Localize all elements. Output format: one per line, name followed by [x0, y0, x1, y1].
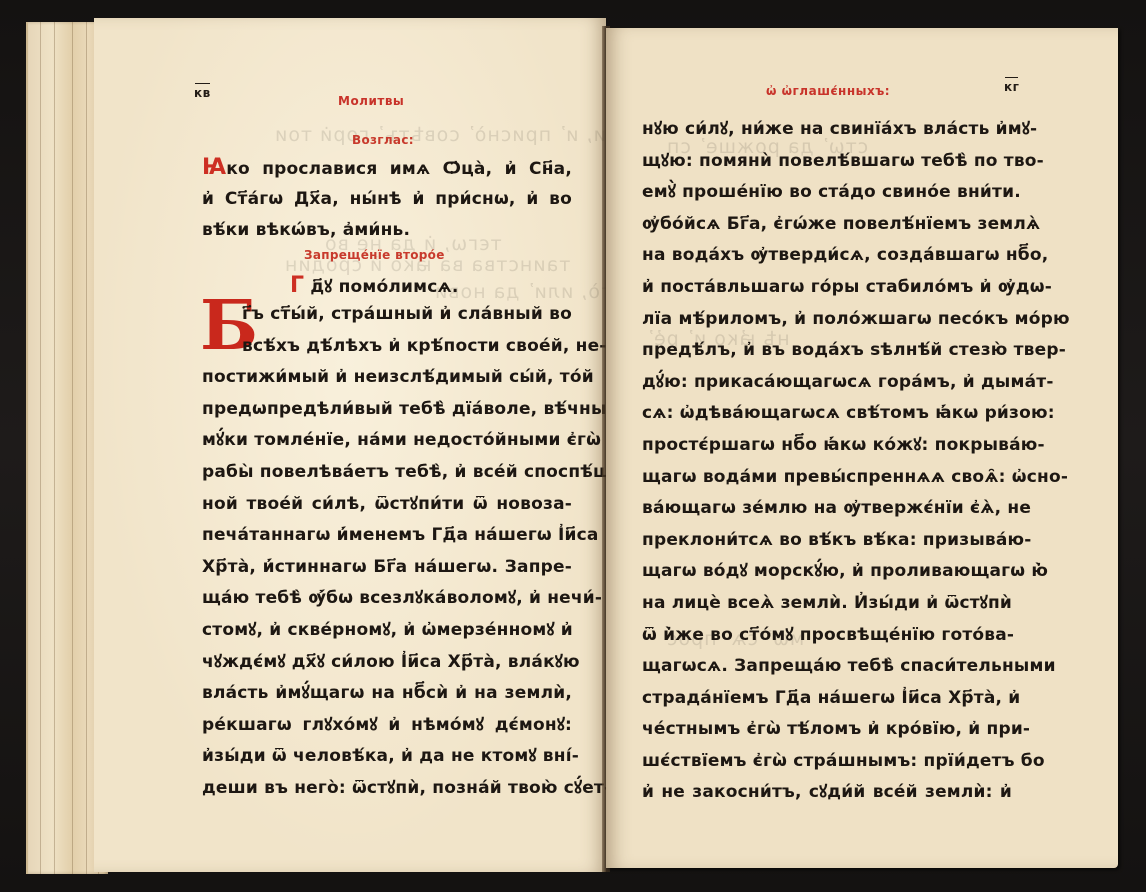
text-line: сѧ: ѡ҆дѣва́ющагѡсѧ свѣ́томъ ꙗ҆́кѡ ри́зою…: [642, 398, 1012, 430]
text-line: ѹ҆бо́йсѧ Бг҃а, є҆гѡ́же повелѣ́нїемъ земл…: [642, 209, 1012, 241]
text-line: мꙋ́ки томле́нїе, на́ми недосто́йными є҆г…: [202, 425, 572, 457]
text-line: лїа мѣ́риломъ, и҆ поло́жшагѡ песо́къ мо́…: [642, 304, 1012, 336]
text-line: шє́ствїемъ є҆гѡ̀ стра́шнымъ: прїи́детъ б…: [642, 746, 1012, 778]
invocation: Г д҃ꙋ помо́лимсѧ.: [290, 270, 550, 302]
text-line: простє́ршагѡ нб҃о ꙗ҆́кѡ ко́жꙋ: покрыва́ю…: [642, 430, 1012, 462]
text-line: предѡпредѣли́вый тебѣ̀ дїа́воле, вѣ́чныѧ: [202, 394, 572, 426]
page-number: кв: [194, 86, 211, 100]
red-initial: Ꙗ: [202, 155, 226, 180]
text-line: постижи́мый и҆ неизслѣ́димый сы́й, то́й: [202, 362, 572, 394]
text-line: преклони́тсѧ во вѣ́къ вѣ́ка: призыва́ю-: [642, 525, 1012, 557]
text-line: вла́сть и҆мꙋ́щагѡ на нб҃сѝ и҆ на землѝ,: [202, 678, 572, 710]
text-line: ѿ и҆̀же во ст҃о́мꙋ просвѣще́нїю гото́ва-: [642, 620, 1012, 652]
text-line: Хр҃та̀, и҆́стиннагѡ Бг҃а на́шегѡ. Запре-: [202, 552, 572, 584]
left-page: ныи, и ҆ присно̀ ҆ совѣтъ ҆ гори̇ тои тє…: [94, 18, 606, 872]
text-line: на вода́хъ ѹ҆тверди́сѧ, созда́вшагѡ нб҃о…: [642, 240, 1012, 272]
text-line: нꙋю си́лꙋ, ни́же на свинїа́хъ вла́сть и҆…: [642, 114, 1012, 146]
text-line: щагѡ во́дꙋ морскꙋ́ю, и҆ проливающагѡ ю҆̀: [642, 556, 1012, 588]
text-line: вѣ́ки вѣкѡ́въ, а҆ми́нь.: [202, 215, 572, 247]
text-line: и҆ не закосни́тъ, сꙋди́й все́й землѝ: и҆: [642, 777, 1012, 809]
rubric-heading: Возглас:: [352, 133, 414, 147]
text-line: рабы̀ повелѣва́етъ тебѣ̀, и҆ все́й спосп…: [202, 457, 572, 489]
text-line: и҆ Ст҃а́гѡ Дх҃а, ны́нѣ и҆ при́снѡ, и҆ во: [202, 184, 572, 216]
text-line: ва́ющагѡ зе́млю на ѹ҆твержє́нїи є҆ѧ̀, не: [642, 493, 1012, 525]
running-head: ѡ҆ ѡ҆глашє́нныхъ:: [766, 84, 890, 98]
text-line: печа́таннагѡ и҆́менемъ Гд҃а на́шегѡ І҆и҃…: [202, 520, 572, 552]
red-initial: Г: [290, 273, 304, 298]
text-line: ща́ю тебѣ̀ ѹ҆́бѡ всезлꙋка́воломꙋ, и҆ неч…: [202, 583, 572, 615]
open-book: ныи, и ҆ присно̀ ҆ совѣтъ ҆ гори̇ тои тє…: [0, 0, 1146, 892]
text-line: чꙋждє́мꙋ дх҃ꙋ си́лою І҆и҃са Хр҃та̀, вла́…: [202, 647, 572, 679]
right-page-text: нꙋю си́лꙋ, ни́же на свинїа́хъ вла́сть и҆…: [642, 114, 1012, 809]
text-line: г҃ъ ст҃ы́й, стра́шный и҆ сла́вный во: [202, 299, 572, 331]
text-line: всѣ́хъ дѣ́лѣхъ и҆ крѣ́пости свое́й, не-: [202, 331, 572, 363]
text-line: щагѡ вода́ми превы́спреннѧѧ своѧ̑: ѡ҆сно…: [642, 462, 1012, 494]
text-line: ре́кшагѡ глꙋхо́мꙋ и҆ нѣмо́мꙋ дє́монꙋ:: [202, 710, 572, 742]
text-line: деши въ него̀: ѿстꙋпѝ, позна́й твою̀ сꙋ́…: [202, 773, 572, 805]
rubric-heading: Запреще́нїе второ́е: [304, 248, 445, 262]
running-head: Молитвы: [338, 94, 404, 108]
right-page: стѡ ҆ да рожше ҆ сп нѣ ꙗ҆ко и ҆ ре҆ ҆ мѡ…: [606, 28, 1118, 868]
text-line: ной твое́й си́лѣ, ѿстꙋпи́ти ѿ новоза-: [202, 489, 572, 521]
text-line: предѣ́лъ, и҆ въ вода́хъ ѕѣлнѣ́й стезю̀ т…: [642, 335, 1012, 367]
text-line: щагѡсѧ. Запреща́ю тебѣ̀ спаси́тельными: [642, 651, 1012, 683]
text-line: щꙋю: помянѝ повелѣ́вшагѡ тебѣ̀ по тво-: [642, 146, 1012, 178]
text-line: и҆ поста́вльшагѡ го́ры стабило́мъ и҆ ѹ҆д…: [642, 272, 1012, 304]
text-line: дꙋ́ю: прикаса́ющагѡсѧ гора́мъ, и҆ дыма́т…: [642, 367, 1012, 399]
text-line: стомꙋ, и҆ скве́рномꙋ, и҆ ѡ҆мерзе́нномꙋ и…: [202, 615, 572, 647]
text-line: емꙋ̀ проше́нїю во ста́до свино́е вни́ти.: [642, 177, 1012, 209]
text-line: че́стнымъ є҆гѡ̀ тѣ́ломъ и҆ кро́вїю, и҆ п…: [642, 714, 1012, 746]
main-paragraph: г҃ъ ст҃ы́й, стра́шный и҆ сла́вный во всѣ…: [202, 299, 572, 805]
text-line: и҆зы́ди ѿ человѣ́ка, и҆ да не ктомꙋ вні́…: [202, 741, 572, 773]
page-number: кг: [1004, 80, 1019, 94]
first-paragraph: Ꙗко прославися имѧ Ѻ҆ца̀, и҆ Сн҃а, и҆ Ст…: [202, 152, 572, 247]
text-line: на лицѐ всеѧ̀ землѝ. И҆зы́ди и҆ ѿстꙋпѝ: [642, 588, 1012, 620]
text-line: страда́нїемъ Гд҃а на́шегѡ І҆и҃са Хр҃та̀,…: [642, 683, 1012, 715]
